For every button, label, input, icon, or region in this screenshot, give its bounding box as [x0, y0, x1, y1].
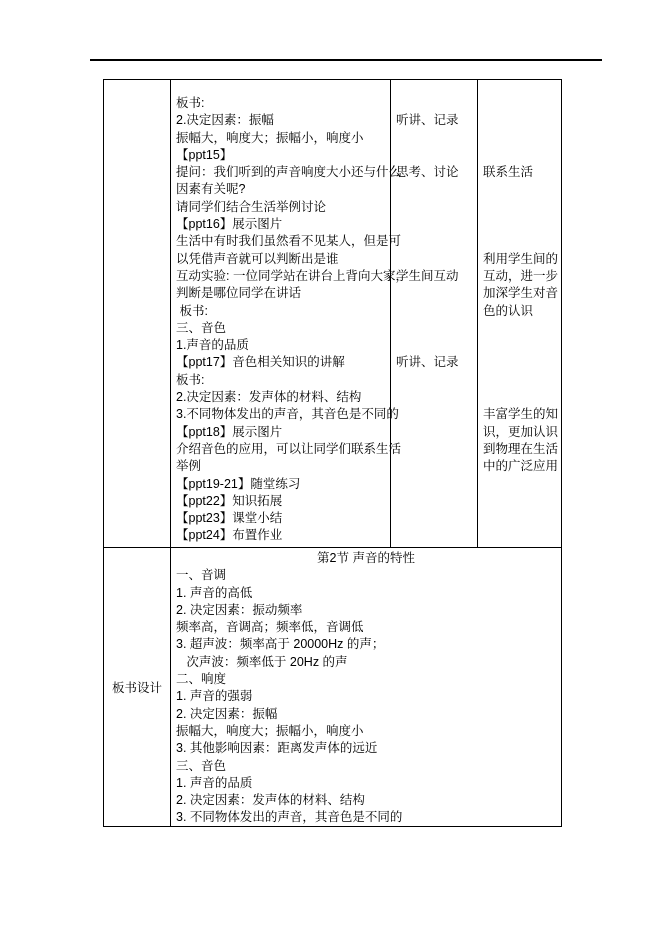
text-line: 2.决定因素：振幅: [176, 112, 390, 129]
text-line: 识，更加认识: [483, 424, 561, 441]
text-line: [396, 389, 477, 406]
text-line: [483, 372, 561, 389]
text-line: 听讲、记录: [396, 354, 477, 371]
text-line: [483, 147, 561, 164]
text-line: 3. 其他影响因素：距离发声体的远近: [171, 740, 561, 757]
text-line: [483, 493, 561, 510]
text-line: 2. 决定因素：振动频率: [171, 602, 561, 619]
text-line: 因素有关呢?: [176, 181, 390, 198]
text-line: 以凭借声音就可以判断出是谁: [176, 251, 390, 268]
text-line: 思考、讨论: [396, 164, 477, 181]
text-line: [396, 233, 477, 250]
text-line: [396, 510, 477, 527]
text-line: 板书:: [176, 303, 390, 320]
text-line: 判断是哪位同学在讲话: [176, 285, 390, 302]
text-line: 板书:: [176, 95, 390, 112]
text-line: [483, 354, 561, 371]
text-line: 【ppt15】: [176, 147, 390, 164]
board-design-label-cell: 板书设计: [104, 548, 170, 826]
text-line: [483, 181, 561, 198]
text-line: 1.声音的品质: [176, 337, 390, 354]
section-title: 第2节 声音的特性: [171, 550, 561, 567]
board-design-row: 板书设计 第2节 声音的特性 一、音调1. 声音的高低2. 决定因素：振动频率频…: [104, 547, 561, 826]
text-line: [396, 527, 477, 544]
text-line: [396, 147, 477, 164]
teaching-steps-cell: 板书:2.决定因素：振幅振幅大，响度大；振幅小，响度小【ppt15】提问：我们听…: [170, 80, 390, 547]
text-line: [396, 216, 477, 233]
text-line: [396, 285, 477, 302]
text-line: [483, 130, 561, 147]
text-line: [396, 95, 477, 112]
text-line: [483, 389, 561, 406]
text-line: 2. 决定因素：振幅: [171, 706, 561, 723]
text-line: [483, 216, 561, 233]
text-line: 一、音调: [171, 567, 561, 584]
text-line: [483, 527, 561, 544]
text-line: 提问：我们听到的声音响度大小还与什么: [176, 164, 390, 181]
text-line: 【ppt23】课堂小结: [176, 510, 390, 527]
text-line: 1. 声音的强弱: [171, 688, 561, 705]
lesson-plan-table: 板书:2.决定因素：振幅振幅大，响度大；振幅小，响度小【ppt15】提问：我们听…: [103, 79, 562, 827]
text-line: [483, 476, 561, 493]
text-line: 次声波：频率低于 20Hz 的声: [171, 654, 561, 671]
text-line: 三、音色: [176, 320, 390, 337]
text-line: [483, 233, 561, 250]
text-line: 【ppt19-21】随堂练习: [176, 476, 390, 493]
text-line: 振幅大，响度大；振幅小，响度小: [171, 723, 561, 740]
text-line: 1. 声音的高低: [171, 585, 561, 602]
text-line: 互动实验: 一位同学站在讲台上背向大家，: [176, 268, 390, 285]
text-line: 三、音色: [171, 758, 561, 775]
text-line: 【ppt18】展示图片: [176, 424, 390, 441]
text-line: 【ppt16】展示图片: [176, 216, 390, 233]
text-line: 请同学们结合生活举例讨论: [176, 199, 390, 216]
text-line: [396, 441, 477, 458]
text-line: [483, 510, 561, 527]
text-line: [396, 337, 477, 354]
text-line: [396, 424, 477, 441]
text-line: [396, 130, 477, 147]
text-line: 举例: [176, 458, 390, 475]
text-line: 生活中有时我们虽然看不见某人，但是可: [176, 233, 390, 250]
text-line: [396, 181, 477, 198]
text-line: [396, 493, 477, 510]
text-line: [483, 320, 561, 337]
text-line: [396, 476, 477, 493]
text-line: [396, 372, 477, 389]
board-design-label: 板书设计: [112, 678, 162, 696]
text-line: 【ppt24】布置作业: [176, 527, 390, 544]
text-line: 学生间互动: [396, 268, 477, 285]
text-line: 介绍音色的应用，可以让同学们联系生活: [176, 441, 390, 458]
text-line: [396, 251, 477, 268]
text-line: 1. 声音的品质: [171, 775, 561, 792]
text-line: 到物理在生活: [483, 441, 561, 458]
student-activity-cell: 听讲、记录思考、讨论学生间互动听讲、记录: [390, 80, 477, 547]
header-rule-divider: [90, 59, 602, 61]
design-intent-cell: 联系生活利用学生间的互动，进一步加深学生对音色的认识丰富学生的知识，更加认识到物…: [477, 80, 561, 547]
text-line: 【ppt22】知识拓展: [176, 493, 390, 510]
board-design-lines: 一、音调1. 声音的高低2. 决定因素：振动频率频率高，音调高；频率低，音调低3…: [171, 567, 561, 826]
text-line: [483, 95, 561, 112]
text-line: 利用学生间的: [483, 251, 561, 268]
board-design-content-cell: 第2节 声音的特性 一、音调1. 声音的高低2. 决定因素：振动频率频率高，音调…: [170, 548, 561, 826]
teaching-process-row: 板书:2.决定因素：振幅振幅大，响度大；振幅小，响度小【ppt15】提问：我们听…: [104, 80, 561, 547]
text-line: 二、响度: [171, 671, 561, 688]
text-line: 2.决定因素：发声体的材料、结构: [176, 389, 390, 406]
text-line: [396, 458, 477, 475]
text-line: 加深学生对音: [483, 285, 561, 302]
text-line: 频率高，音调高；频率低，音调低: [171, 619, 561, 636]
text-line: 【ppt17】音色相关知识的讲解: [176, 354, 390, 371]
text-line: 3. 不同物体发出的声音，其音色是不同的: [171, 809, 561, 826]
text-line: 振幅大，响度大；振幅小，响度小: [176, 130, 390, 147]
text-line: 色的认识: [483, 303, 561, 320]
text-line: [396, 320, 477, 337]
text-line: [396, 303, 477, 320]
text-line: 2. 决定因素：发声体的材料、结构: [171, 792, 561, 809]
text-line: [483, 199, 561, 216]
text-line: 3. 超声波：频率高于 20000Hz 的声；: [171, 636, 561, 653]
text-line: 3.不同物体发出的声音，其音色是不同的: [176, 406, 390, 423]
text-line: 互动，进一步: [483, 268, 561, 285]
text-line: [396, 406, 477, 423]
text-line: 板书:: [176, 372, 390, 389]
text-line: [483, 112, 561, 129]
document-page: 板书:2.决定因素：振幅振幅大，响度大；振幅小，响度小【ppt15】提问：我们听…: [0, 0, 661, 936]
text-line: 中的广泛应用: [483, 458, 561, 475]
text-line: 联系生活: [483, 164, 561, 181]
text-line: [396, 199, 477, 216]
text-line: 听讲、记录: [396, 112, 477, 129]
text-line: [483, 337, 561, 354]
text-line: 丰富学生的知: [483, 406, 561, 423]
stage-label-cell-empty: [104, 80, 170, 547]
